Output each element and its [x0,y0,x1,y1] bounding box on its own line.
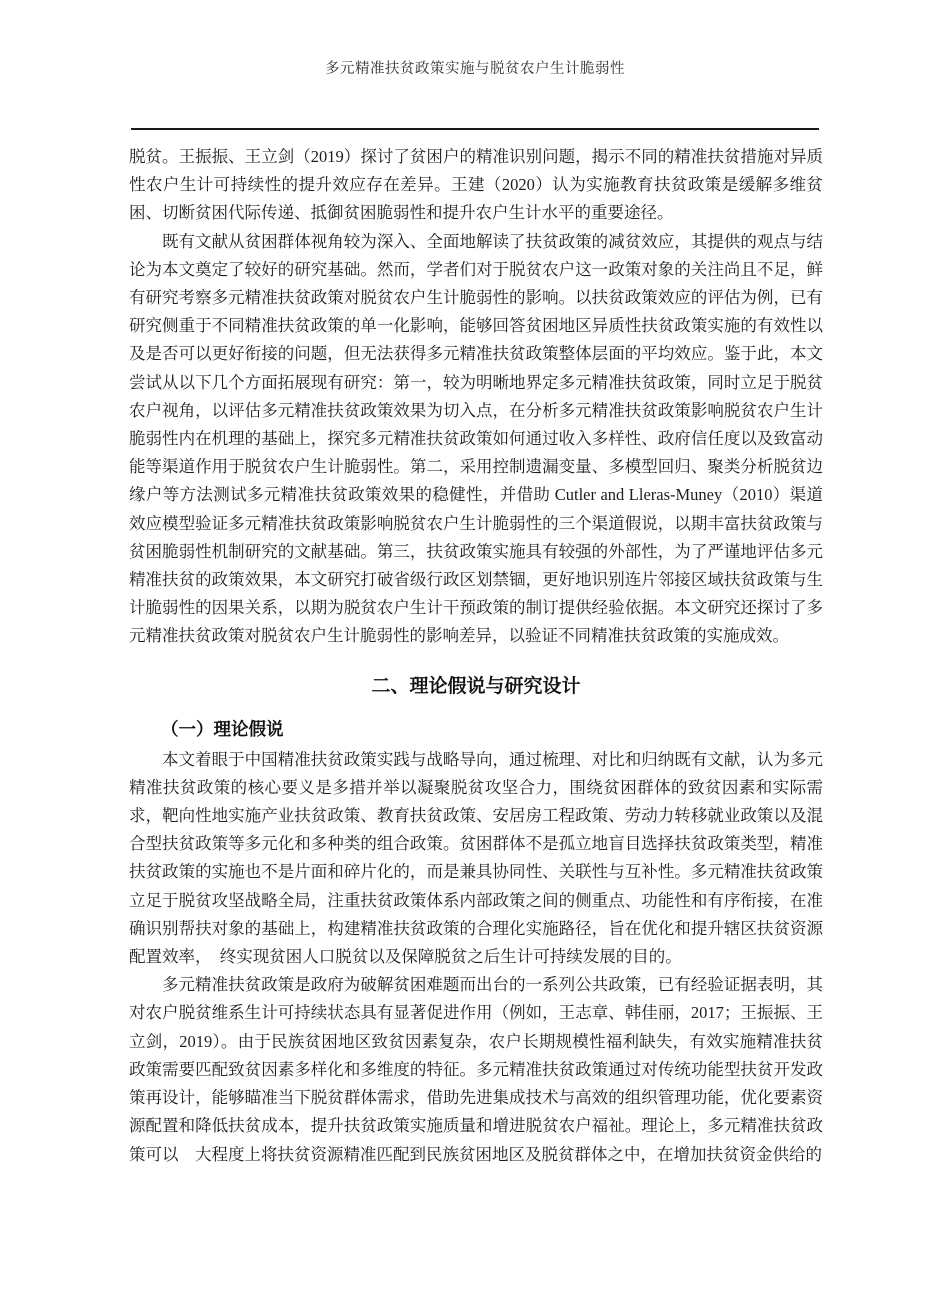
paragraph-theory-overview: 本文着眼于中国精准扶贫政策实践与战略导向，通过梳理、对比和归纳既有文献，认为多元… [129,746,823,972]
paragraph-literature-review: 既有文献从贫困群体视角较为深入、全面地解读了扶贫政策的减贫效应，其提供的观点与结… [129,228,823,651]
running-title: 多元精准扶贫政策实施与脱贫农户生计脆弱性 [0,0,950,78]
section-heading: 二、理论假说与研究设计 [129,675,823,699]
subsection-heading: （一）理论假说 [129,718,823,740]
paragraph-continuation: 脱贫。王振振、王立剑（2019）探讨了贫困户的精准识别问题，揭示不同的精准扶贫措… [129,143,823,228]
page-body: 脱贫。王振振、王立剑（2019）探讨了贫困户的精准识别问题，揭示不同的精准扶贫措… [129,143,823,1169]
paragraph-policy-effect: 多元精准扶贫政策是政府为破解贫困难题而出台的一系列公共政策，已有经验证据表明，其… [129,971,823,1168]
header-divider [131,128,819,130]
document-page: 多元精准扶贫政策实施与脱贫农户生计脆弱性 脱贫。王振振、王立剑（2019）探讨了… [0,0,950,1290]
